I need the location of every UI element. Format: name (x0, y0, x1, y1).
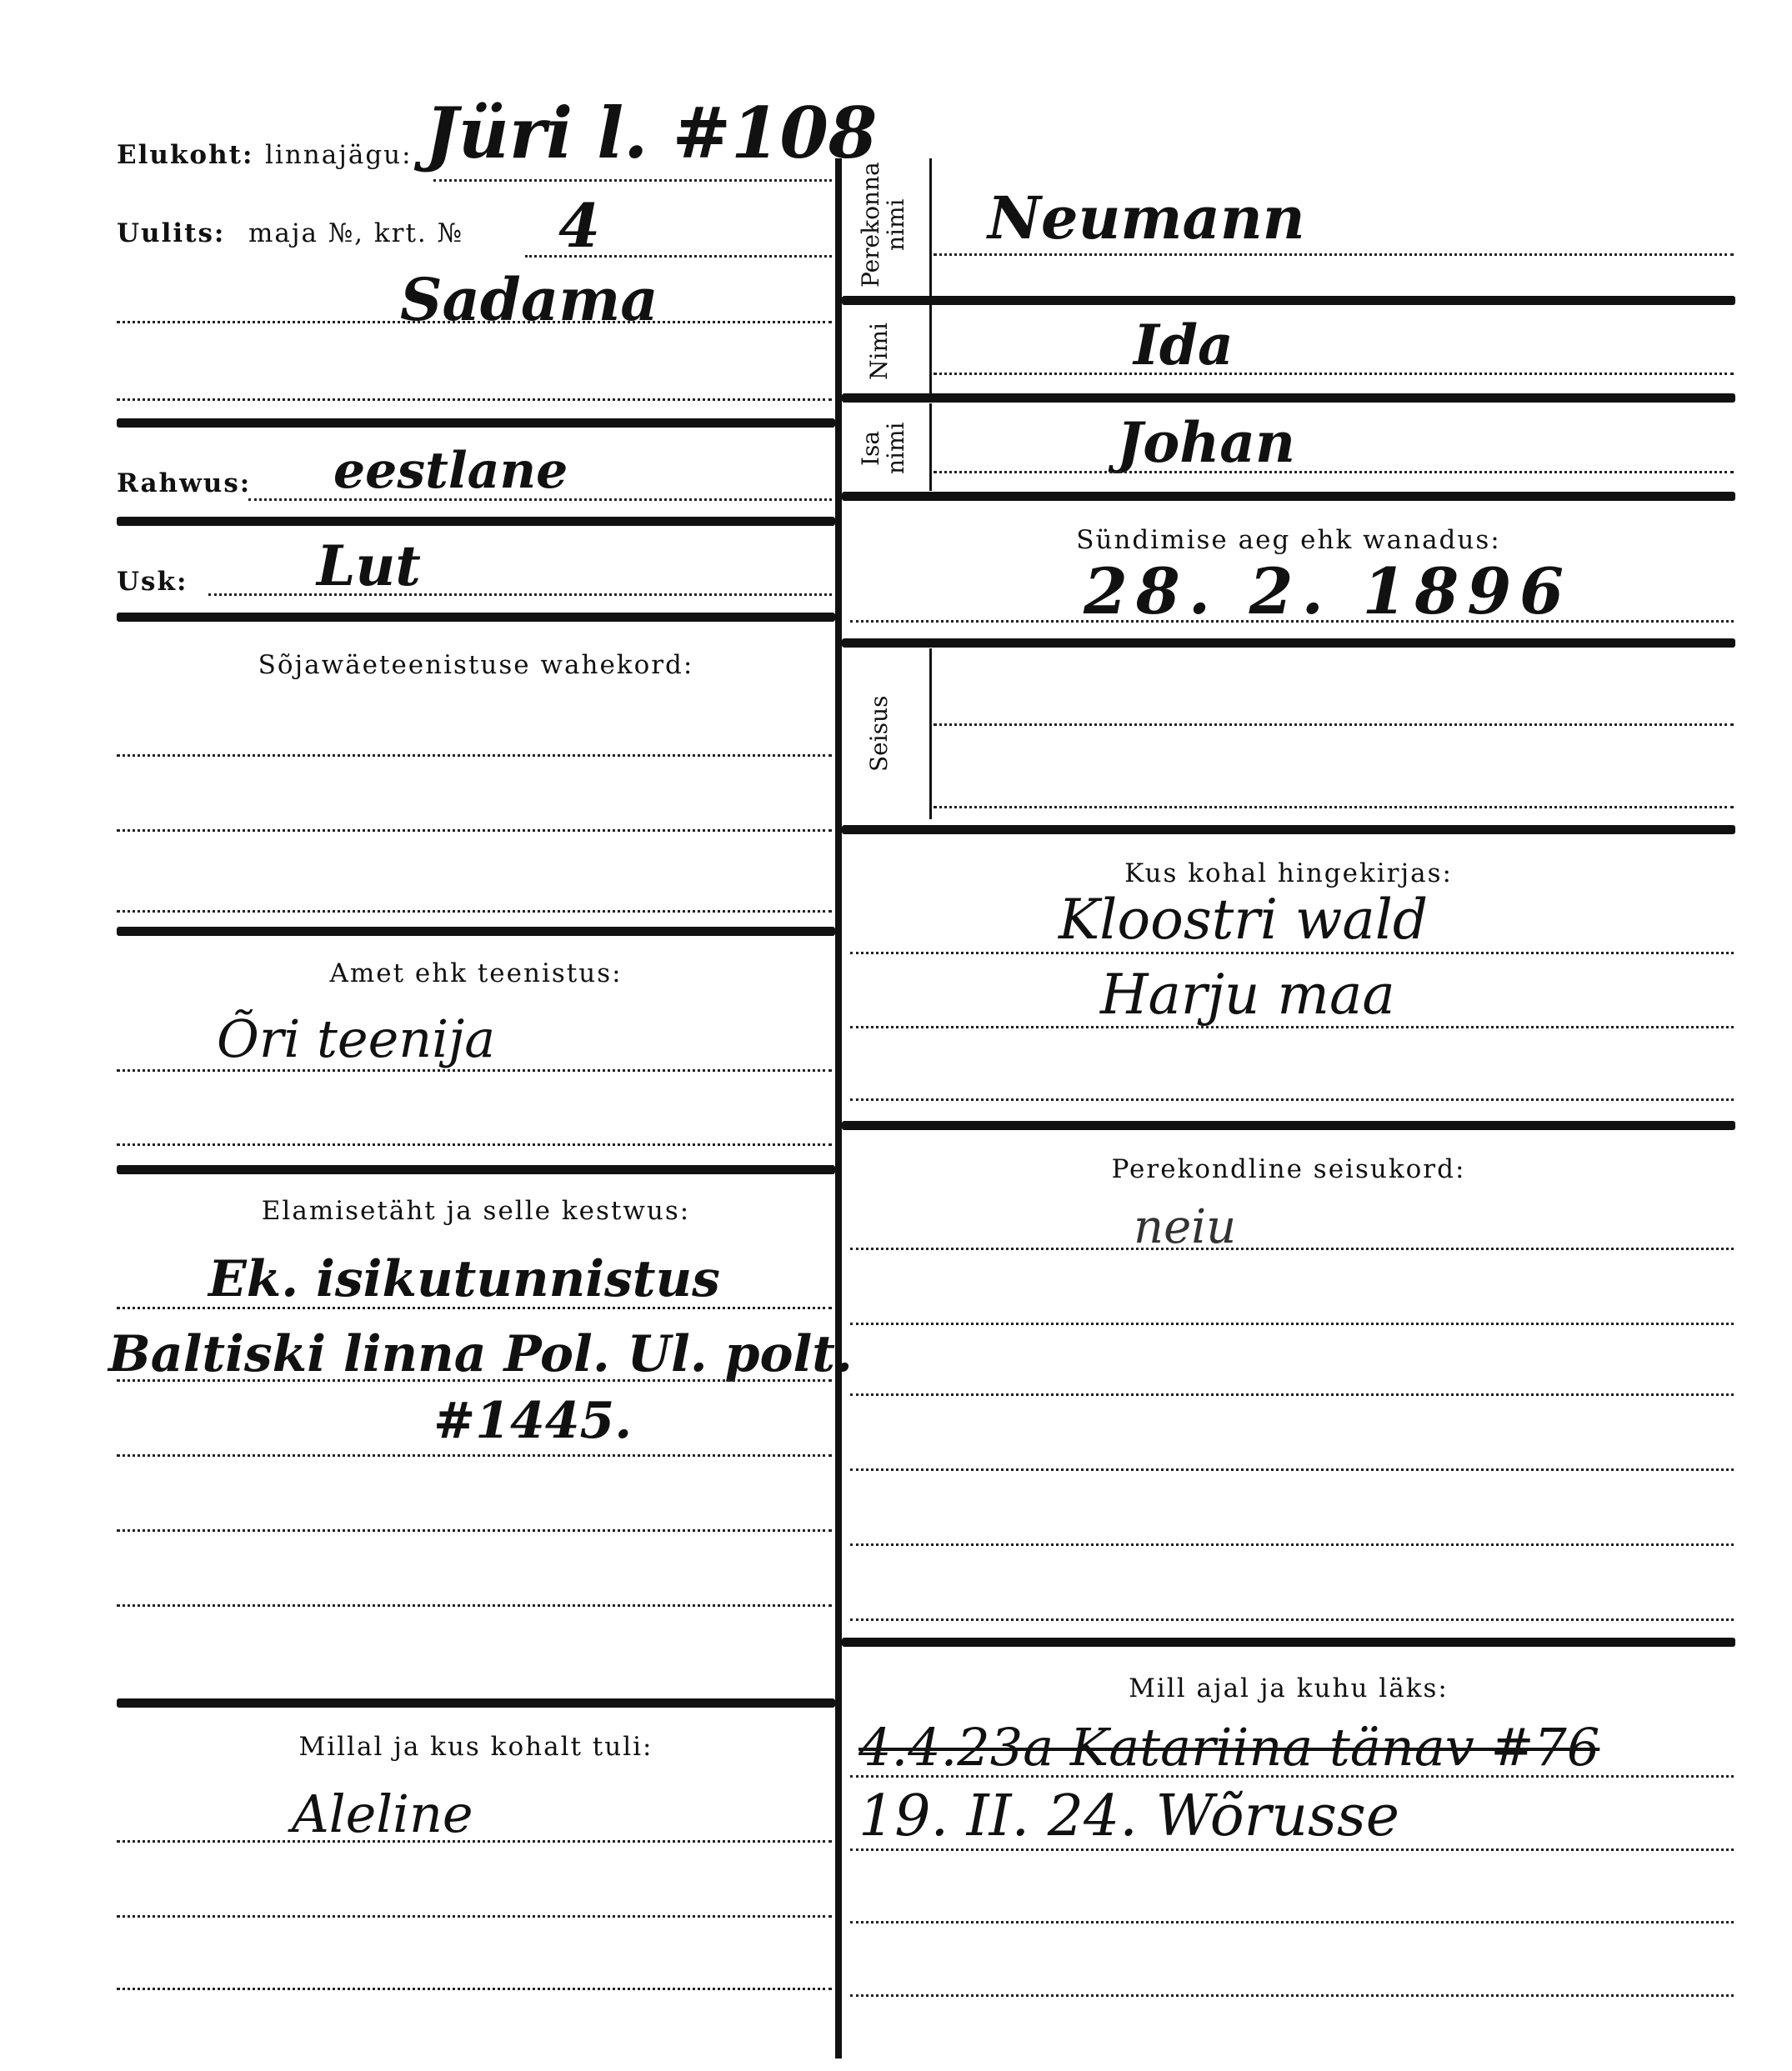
occupation-label: Amet ehk teenistus: (117, 958, 835, 988)
family-status-line-2 (850, 1323, 1734, 1325)
permit-line-5 (117, 1604, 832, 1607)
departure-line-2 (850, 1848, 1734, 1851)
registered-line-1: Kloostri wald (1059, 888, 1428, 952)
first-name-value: Ida (1134, 313, 1234, 378)
street-line-2 (117, 398, 832, 401)
occupation-line-1 (117, 1069, 832, 1072)
street-label: Uulits: (117, 218, 225, 248)
residence-permit-line-3: #1445. (433, 1392, 632, 1450)
family-status-value: neiu (1134, 1200, 1236, 1254)
family-status-label: Perekondline seisukord: (842, 1154, 1735, 1184)
religion-label: Usk: (117, 567, 188, 597)
district-line (433, 179, 832, 182)
arrival-label: Millal ja kus kohalt tuli: (117, 1732, 835, 1762)
father-name-label-line1: Isa (857, 431, 884, 466)
status-label: Seisus (867, 658, 900, 808)
section-divider (117, 613, 835, 622)
section-divider (842, 1638, 1735, 1647)
registered-dots-1 (850, 952, 1734, 954)
father-name-value: Johan (1117, 410, 1295, 475)
surname-label: Perekonna nimi (858, 158, 925, 292)
registered-line-2: Harju maa (1100, 963, 1395, 1027)
father-name-label: Isa nimi (858, 407, 925, 490)
residence-permit-line-1: Ek. isikutunnistus (208, 1250, 720, 1308)
residence-permit-label: Elamisetäht ja selle kestwus: (117, 1196, 835, 1226)
surname-line (934, 253, 1734, 256)
house-number-label: maja №, krt. № (248, 218, 463, 248)
birth-label: Sündimise aeg ehk wanadus: (842, 525, 1735, 555)
registered-dots-2 (850, 1026, 1734, 1028)
section-divider (117, 927, 835, 936)
section-divider (117, 1165, 835, 1174)
military-label: Sõjawäeteenistuse wahekord: (117, 650, 835, 680)
residence-permit-line-2: Baltiski linna Pol. Ul. polt. (108, 1325, 853, 1383)
family-status-line-1 (850, 1248, 1734, 1250)
nationality-value: eestlane (333, 442, 568, 500)
section-divider (842, 393, 1735, 403)
occupation-line-2 (117, 1143, 832, 1146)
district-label: linnajägu: (265, 140, 413, 170)
family-status-line-3 (850, 1393, 1734, 1396)
section-divider (842, 296, 1735, 305)
father-name-line (934, 471, 1734, 473)
label-column-divider (929, 305, 932, 397)
section-divider (842, 492, 1735, 501)
departure-line-3 (850, 1921, 1734, 1923)
section-divider (842, 638, 1735, 648)
registered-label: Kus kohal hingekirjas: (842, 858, 1735, 888)
center-divider (835, 158, 842, 2058)
arrival-line-1 (117, 1840, 832, 1843)
birth-line (850, 620, 1734, 623)
military-line-3 (117, 910, 832, 913)
departure-struck-entry: 4.4.23a Katariina tänav #76 (858, 1717, 1599, 1778)
permit-line-4 (117, 1529, 832, 1532)
departure-entry: 19. II. 24. Wõrusse (858, 1783, 1399, 1849)
section-divider (842, 1121, 1735, 1130)
occupation-value: Õri teenija (217, 1008, 495, 1069)
section-divider (842, 825, 1735, 834)
family-status-line-4 (850, 1468, 1734, 1471)
surname-value: Neumann (988, 183, 1305, 253)
status-line-1 (934, 723, 1734, 726)
military-line-2 (117, 829, 832, 832)
label-column-divider (929, 158, 932, 304)
house-number-value: 4 (558, 190, 600, 261)
label-column-divider (929, 648, 932, 819)
military-line-1 (117, 754, 832, 757)
surname-label-line1: Perekonna (857, 163, 884, 288)
registered-dots-3 (850, 1098, 1734, 1101)
family-status-line-6 (850, 1618, 1734, 1621)
departure-line-1 (850, 1775, 1734, 1778)
surname-label-line2: nimi (882, 199, 909, 252)
religion-line (208, 593, 832, 596)
arrival-line-2 (117, 1915, 832, 1918)
section-divider (117, 418, 835, 428)
father-name-label-line2: nimi (882, 423, 909, 475)
label-column-divider (929, 403, 932, 491)
arrival-value: Aleline (292, 1783, 473, 1844)
permit-line-2 (117, 1379, 832, 1382)
section-divider (117, 1698, 835, 1708)
residence-label: Elukoht: (117, 140, 253, 170)
birth-value: 28. 2. 1896 (1084, 554, 1572, 628)
departure-line-4 (850, 1994, 1734, 1997)
religion-value: Lut (317, 533, 421, 598)
permit-line-1 (117, 1307, 832, 1309)
first-name-line (934, 373, 1734, 375)
section-divider (117, 517, 835, 526)
street-name-value: Sadama (400, 265, 658, 334)
district-value: Jüri l. #108 (425, 92, 877, 174)
status-line-2 (934, 806, 1734, 808)
family-status-line-5 (850, 1543, 1734, 1546)
departure-label: Mill ajal ja kuhu läks: (842, 1673, 1735, 1703)
arrival-line-3 (117, 1988, 832, 1990)
first-name-label: Nimi (867, 310, 900, 393)
permit-line-3 (117, 1454, 832, 1457)
nationality-label: Rahwus: (117, 468, 251, 498)
